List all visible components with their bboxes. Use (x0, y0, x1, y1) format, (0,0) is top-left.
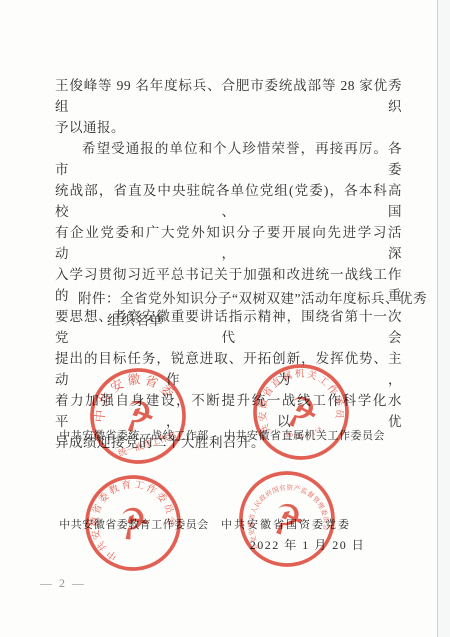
scanned-document-page: 王俊峰等 99 名年度标兵、合肥市委统战部等 28 家优秀组织 予以通报。 希望… (0, 0, 450, 637)
body-line: 有企业党委和广大党外知识分子要开展向先进学习活动，深 (55, 222, 402, 264)
attachment-note: 附件：全省党外知识分子“双树双建”活动年度标兵、优秀 组织名单 (55, 288, 402, 331)
page-number: — 2 — (40, 576, 86, 591)
hammer-sickle-icon: ☭ (115, 392, 161, 443)
attachment-line: 组织名单 (55, 310, 402, 332)
body-line: 予以通报。 (55, 117, 402, 138)
body-line: 希望受通报的单位和个人珍惜荣誉，再接再厉。各市委 (55, 138, 402, 180)
hammer-sickle-icon: ☭ (265, 496, 309, 546)
attachment-line: 附件：全省党外知识分子“双树双建”活动年度标兵、优秀 (55, 288, 402, 310)
official-seal-education: 中共安徽省委教育工作委员会 ☭ (65, 455, 200, 590)
official-seal-provincial-organs: 中共安徽省直属机关工作委员会 ☭ 0070301158 (243, 354, 359, 470)
hammer-sickle-icon: ☭ (108, 498, 158, 551)
body-line: 统战部，省直及中央驻皖各单位党组(党委)，各本科高校、国 (55, 180, 402, 222)
official-seal-sasac: 中国共产党安徽省人民政府国有资产监督管理委员会委员会 ☭ (226, 458, 348, 580)
scan-edge-strip (438, 0, 450, 637)
scan-edge-line (437, 0, 438, 637)
body-line: 王俊峰等 99 名年度标兵、合肥市委统战部等 28 家优秀组织 (55, 75, 402, 117)
